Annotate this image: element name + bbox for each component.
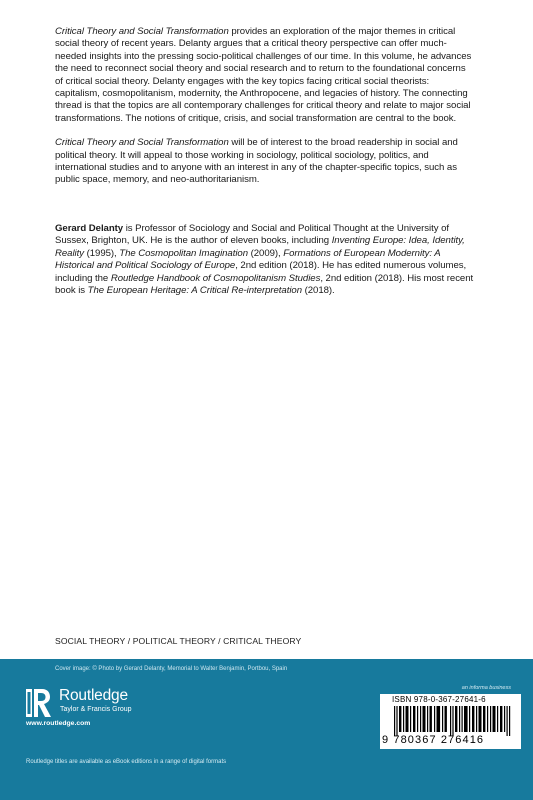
ebook-note: Routledge titles are available as eBook … [26,759,226,765]
description-paragraph-1: Critical Theory and Social Transformatio… [55,26,475,125]
cover-image-credit: Cover image: © Photo by Gerard Delanty, … [55,666,287,672]
isbn-number: ISBN 978-0-367-27641-6 [392,695,486,704]
book-title: Critical Theory and Social Transformatio… [55,137,229,148]
informa-tagline: an informa business [462,685,511,691]
footer-band: Cover image: © Photo by Gerard Delanty, … [0,659,533,800]
description-paragraph-2: Critical Theory and Social Transformatio… [55,137,475,187]
author-name: Gerard Delanty [55,223,123,234]
isbn-barcode: ISBN 978-0-367-27641-6 [380,694,521,749]
publisher-name: Routledge [59,687,128,705]
publisher-url[interactable]: www.routledge.com [26,720,90,727]
barcode-icon [394,706,512,736]
publisher-group: Taylor & Francis Group [60,706,132,713]
subject-categories: SOCIAL THEORY / POLITICAL THEORY / CRITI… [55,636,301,646]
back-cover-text: Critical Theory and Social Transformatio… [55,26,475,297]
routledge-r-logo-icon [26,687,52,719]
barcode-digits: 9 780367 276416 [382,734,484,746]
author-bio: Gerard Delanty is Professor of Sociology… [55,223,475,297]
book-title: Critical Theory and Social Transformatio… [55,26,229,37]
